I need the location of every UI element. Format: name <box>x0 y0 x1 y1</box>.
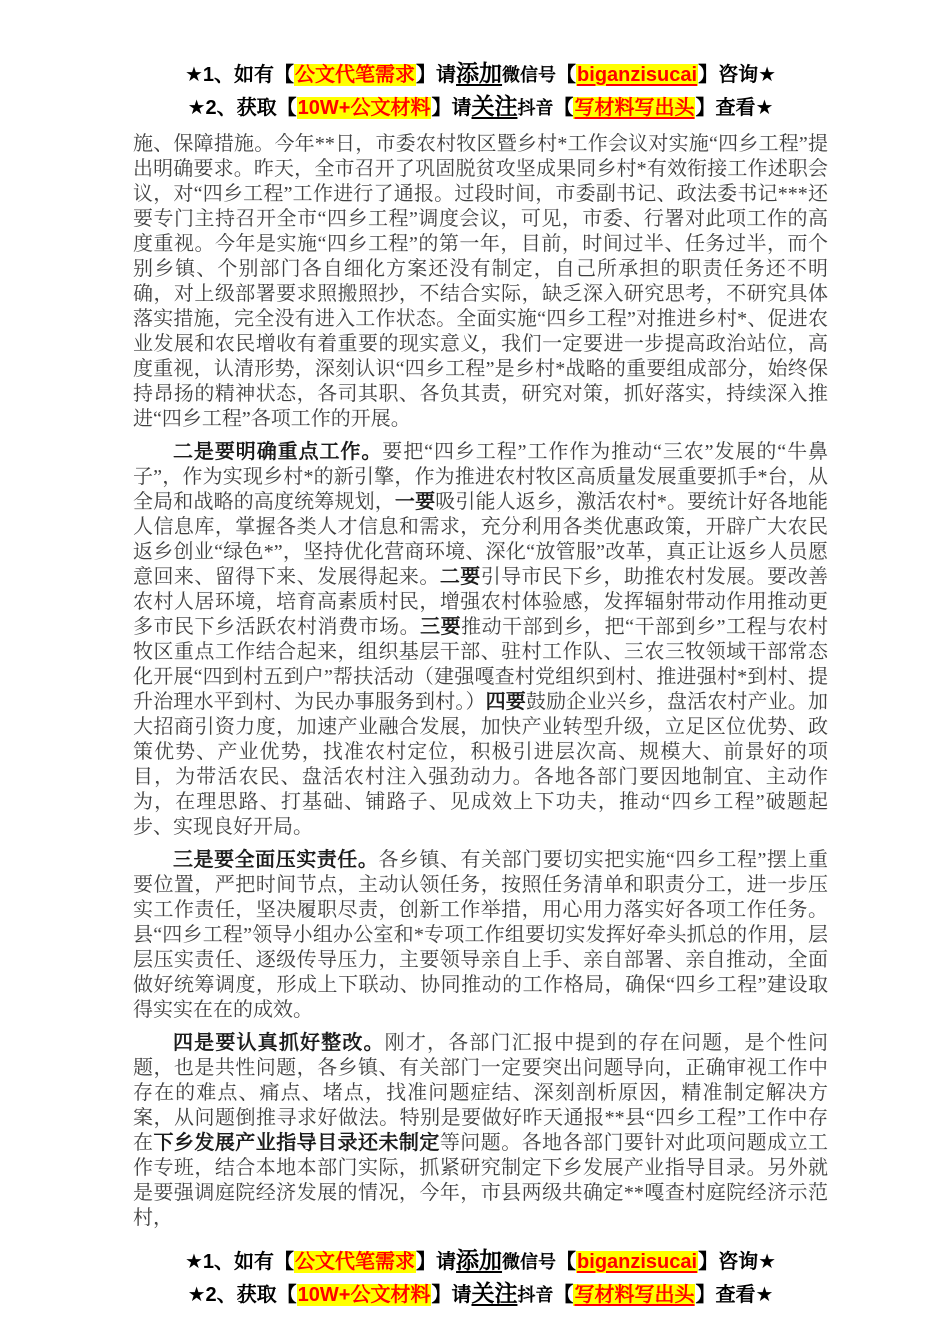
doc-bold-run: 四要 <box>486 691 526 713</box>
promo-header: ★1、如有【公文代笔需求】请添加微信号【biganzisucai】咨询★★2、获… <box>133 58 828 124</box>
document-body: 施、保障措施。今年**日，市委农村牧区暨乡村*工作会议对实施“四乡工程”提出明确… <box>133 132 828 1231</box>
promo-text: 添加 <box>456 1247 502 1273</box>
page-content: ★1、如有【公文代笔需求】请添加微信号【biganzisucai】咨询★★2、获… <box>0 0 950 1311</box>
promo-text: 【 <box>553 1284 573 1306</box>
promo-text: ★1、如有【 <box>185 64 294 86</box>
promo-text: 】请 <box>431 97 471 119</box>
promo-highlight-text: 写材料写出头 <box>573 97 695 119</box>
doc-text-run: 各乡镇、有关部门要切实把实施“四乡工程”摆上重要位置，严把时间节点，主动认领任务… <box>133 849 828 1021</box>
promo-highlight-text: 10W+公文材料 <box>297 1284 432 1306</box>
promo-text: 】请 <box>431 1284 471 1306</box>
promo-line: ★2、获取【10W+公文材料】请关注抖音【写材料写出头】查看★ <box>133 91 828 124</box>
promo-text: 【 <box>556 64 576 86</box>
doc-text-run: 施、保障措施。今年**日，市委农村牧区暨乡村*工作会议对实施“四乡工程”提出明确… <box>133 133 828 430</box>
doc-bold-run: 三要 <box>420 616 461 638</box>
promo-text: 】请 <box>416 1251 456 1273</box>
promo-highlight-text: biganzisucai <box>576 1251 698 1273</box>
promo-footer: ★1、如有【公文代笔需求】请添加微信号【biganzisucai】咨询★★2、获… <box>133 1245 828 1311</box>
document-paragraph: 二是要明确重点工作。要把“四乡工程”工作作为推动“三农”发展的“牛鼻子”，作为实… <box>133 440 828 840</box>
promo-highlight-text: 10W+公文材料 <box>297 97 432 119</box>
document-paragraph: 施、保障措施。今年**日，市委农村牧区暨乡村*工作会议对实施“四乡工程”提出明确… <box>133 132 828 432</box>
promo-text: 微信号 <box>502 1252 556 1272</box>
promo-text: 】咨询★ <box>698 64 776 86</box>
promo-text: 】咨询★ <box>698 1251 776 1273</box>
doc-bold-run: 一要 <box>395 491 435 513</box>
promo-line: ★2、获取【10W+公文材料】请关注抖音【写材料写出头】查看★ <box>133 1278 828 1311</box>
promo-text: 关注 <box>471 1280 517 1306</box>
doc-bold-run: 二是要明确重点工作。 <box>173 441 382 463</box>
promo-text: 【 <box>556 1251 576 1273</box>
document-paragraph: 四是要认真抓好整改。刚才，各部门汇报中提到的存在问题，是个性问题，也是共性问题，… <box>133 1031 828 1231</box>
promo-text: 微信号 <box>502 65 556 85</box>
doc-bold-run: 二要 <box>440 566 481 588</box>
promo-line: ★1、如有【公文代笔需求】请添加微信号【biganzisucai】咨询★ <box>133 1245 828 1278</box>
document-paragraph: 三是要全面压实责任。各乡镇、有关部门要切实把实施“四乡工程”摆上重要位置，严把时… <box>133 848 828 1023</box>
doc-bold-run: 三是要全面压实责任。 <box>173 849 378 871</box>
promo-text: 抖音 <box>517 98 553 118</box>
promo-text: 添加 <box>456 60 502 86</box>
promo-text: 】查看★ <box>695 1284 773 1306</box>
document-page: ★1、如有【公文代笔需求】请添加微信号【biganzisucai】咨询★★2、获… <box>0 0 950 1344</box>
promo-text: 【 <box>553 97 573 119</box>
promo-highlight-text: 写材料写出头 <box>573 1284 695 1306</box>
promo-text: 抖音 <box>517 1285 553 1305</box>
promo-line: ★1、如有【公文代笔需求】请添加微信号【biganzisucai】咨询★ <box>133 58 828 91</box>
doc-bold-run: 下乡发展产业指导目录还未制定 <box>153 1132 439 1154</box>
promo-highlight-text: 公文代笔需求 <box>294 1251 416 1273</box>
promo-highlight-text: 公文代笔需求 <box>294 64 416 86</box>
promo-text: ★2、获取【 <box>188 97 297 119</box>
promo-text: ★2、获取【 <box>188 1284 297 1306</box>
promo-text: ★1、如有【 <box>185 1251 294 1273</box>
promo-highlight-text: biganzisucai <box>576 64 698 86</box>
promo-text: 】请 <box>416 64 456 86</box>
doc-bold-run: 四是要认真抓好整改。 <box>173 1032 385 1054</box>
promo-text: 】查看★ <box>695 97 773 119</box>
promo-text: 关注 <box>471 93 517 119</box>
doc-text-run: 鼓励企业兴乡，盘活农村产业。加大招商引资力度，加速产业融合发展，加快产业转型升级… <box>133 691 828 838</box>
